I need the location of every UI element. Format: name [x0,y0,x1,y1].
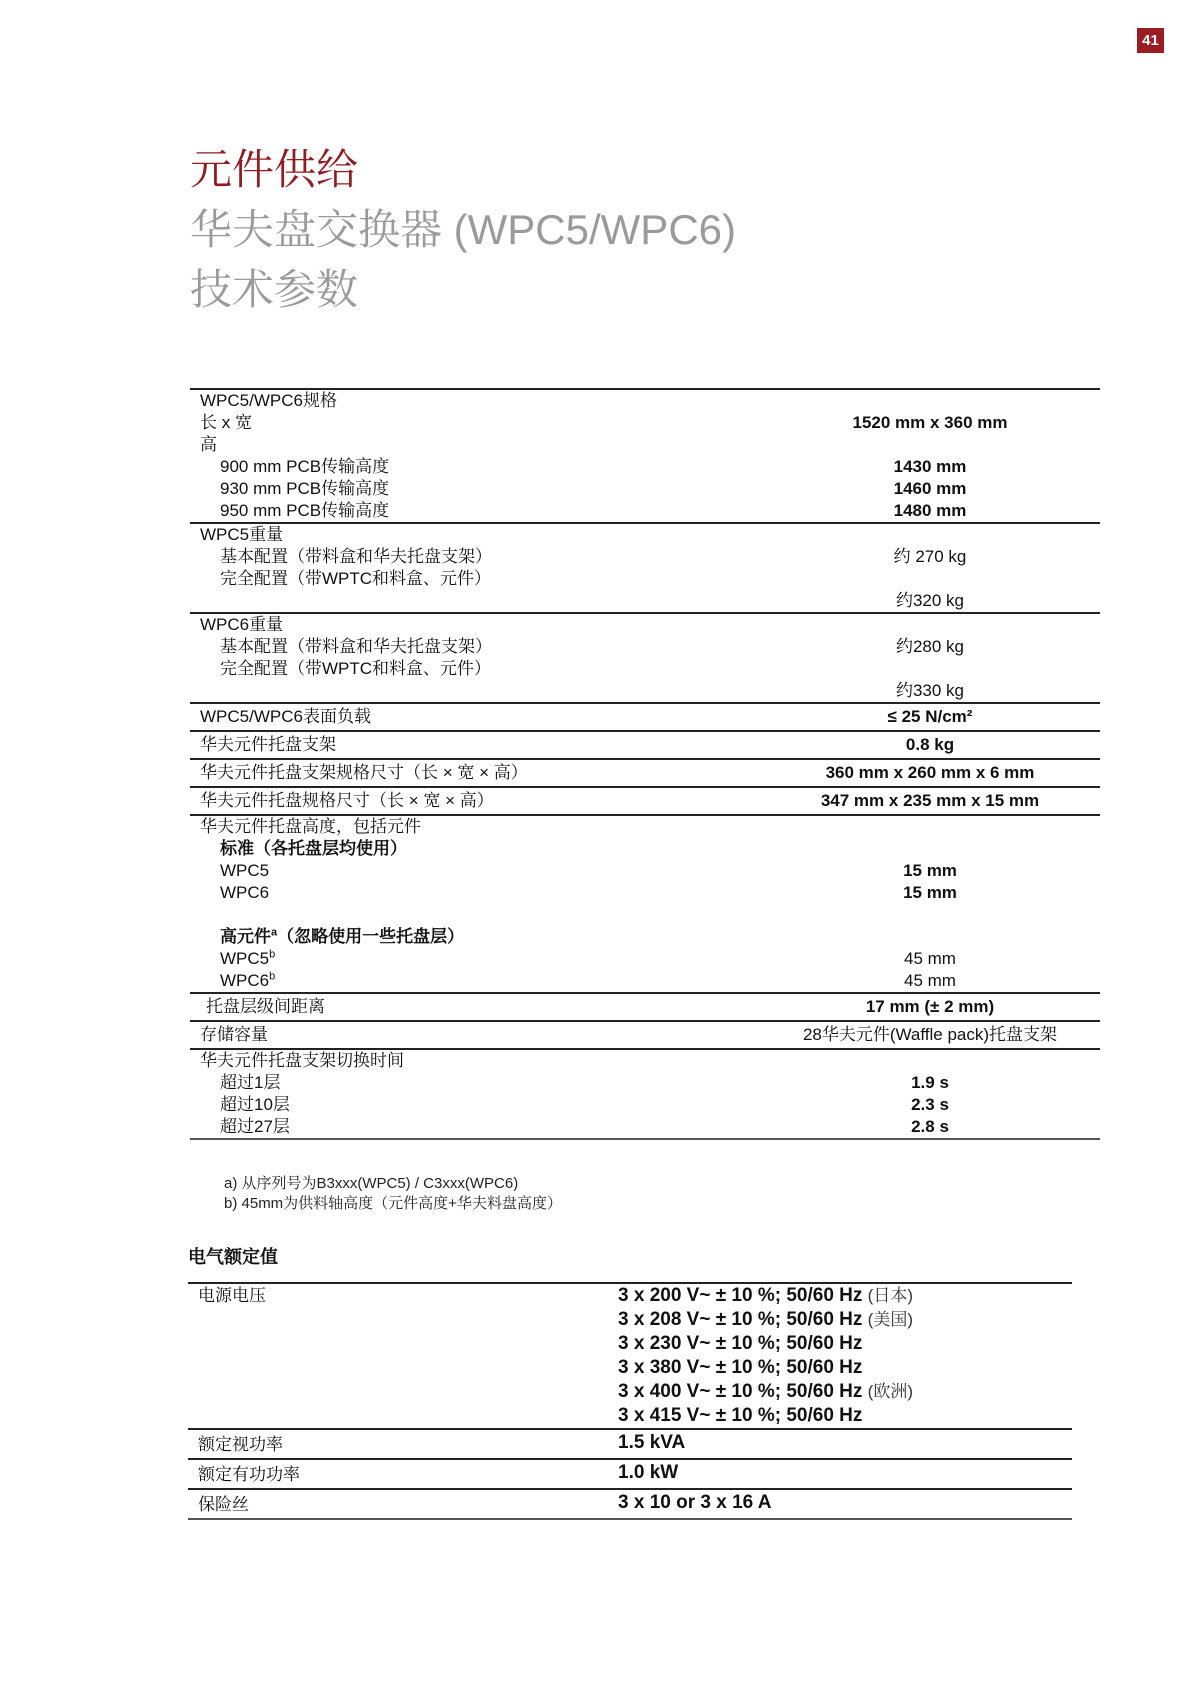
row-value: 1520 mm x 360 mm [760,412,1100,434]
row-label: 存储容量 [200,1022,760,1048]
row-label: WPC6b [200,970,760,992]
row-value: 45 mm [760,948,1100,970]
row-value: 约 270 kg [760,546,1100,568]
row-value: 2.3 s [760,1094,1100,1116]
row-label: 950 mm PCB传输高度 [200,500,760,522]
table-row-fuse: 保险丝 3 x 10 or 3 x 16 A [188,1488,1072,1520]
row-label: 额定视功率 [198,1430,618,1458]
row-value: 约320 kg [760,590,1100,612]
row-value: 3 x 10 or 3 x 16 A [618,1490,1072,1518]
footnote-a: a) 从序列号为B3xxx(WPC5) / C3xxx(WPC6) [224,1174,562,1194]
row-label: WPC6 [200,882,760,904]
row-heading: 华夫元件托盘支架切换时间 [200,1050,760,1072]
table-row-storage: 存储容量 28华夫元件(Waffle pack)托盘支架 [190,1020,1100,1048]
row-value: 1.5 kVA [618,1430,1072,1458]
row-subheading: 标准（各托盘层均使用） [200,838,760,860]
row-value: ≤ 25 N/cm² [760,704,1100,730]
row-value: 15 mm [760,882,1100,904]
row-label: 完全配置（带WPTC和料盒、元件） [200,658,760,680]
row-value: 1480 mm [760,500,1100,522]
row-value: 45 mm [760,970,1100,992]
electrical-table: 电源电压 3 x 200 V~ ± 10 %; 50/60 Hz (日本) 3 … [188,1282,1072,1520]
row-value: 17 mm (± 2 mm) [760,994,1100,1020]
row-label: 托盘层级间距离 [200,994,760,1020]
row-value: 1460 mm [760,478,1100,500]
table-row-apparent-power: 额定视功率 1.5 kVA [188,1428,1072,1458]
row-value: 2.8 s [760,1116,1100,1138]
row-value: 28华夫元件(Waffle pack)托盘支架 [760,1022,1100,1048]
row-value: 0.8 kg [760,732,1100,758]
row-heading: WPC5重量 [200,524,760,546]
table-row-layer-spacing: 托盘层级间距离 17 mm (± 2 mm) [190,992,1100,1020]
row-heading: WPC6重量 [200,614,760,636]
voltage-value: 3 x 415 V~ ± 10 %; 50/60 Hz [618,1404,1072,1428]
row-label: 长 x 宽 [200,412,760,434]
row-value: 360 mm x 260 mm x 6 mm [760,760,1100,786]
table-row-surface-load: WPC5/WPC6表面负载 ≤ 25 N/cm² [190,702,1100,730]
row-label: 超过10层 [200,1094,760,1116]
voltage-value: 3 x 400 V~ ± 10 %; 50/60 Hz (欧洲) [618,1380,1072,1404]
spec-table: WPC5/WPC6规格 长 x 宽 高 900 mm PCB传输高度 930 m… [190,388,1100,1140]
row-label: 基本配置（带料盒和华夫托盘支架） [200,636,760,658]
table-row-supply-voltage: 电源电压 3 x 200 V~ ± 10 %; 50/60 Hz (日本) 3 … [188,1282,1072,1428]
row-value: 约280 kg [760,636,1100,658]
table-row-switch-time: 华夫元件托盘支架切换时间 超过1层 超过10层 超过27层 1.9 s 2.3 … [190,1048,1100,1140]
table-row-tray-dims: 华夫元件托盘规格尺寸（长 × 宽 × 高） 347 mm x 235 mm x … [190,786,1100,814]
row-label: WPC5b [200,948,760,970]
page-subtitle-2: 技术参数 [190,260,736,320]
title-block: 元件供给 华夫盘交换器 (WPC5/WPC6) 技术参数 [190,140,736,320]
section-heading-electrical: 电气额定值 [188,1243,278,1269]
footnote-b: b) 45mm为供料轴高度（元件高度+华夫料盘高度） [224,1194,562,1214]
row-value: 1.9 s [760,1072,1100,1094]
row-value: 约330 kg [760,680,1100,702]
table-row-tray-height: 华夫元件托盘高度，包括元件 标准（各托盘层均使用） WPC5 WPC6 高元件a… [190,814,1100,992]
row-label: 华夫元件托盘支架 [200,732,760,758]
row-label: 完全配置（带WPTC和料盒、元件） [200,568,760,590]
row-label: 电源电压 [198,1284,618,1308]
row-label: 930 mm PCB传输高度 [200,478,760,500]
page-title: 元件供给 [190,140,736,200]
table-row-active-power: 额定有功功率 1.0 kW [188,1458,1072,1488]
row-value: 15 mm [760,860,1100,882]
table-row-tray-holder: 华夫元件托盘支架 0.8 kg [190,730,1100,758]
page-number-badge: 41 [1137,28,1164,53]
row-label: WPC5 [200,860,760,882]
row-label: 华夫元件托盘支架规格尺寸（长 × 宽 × 高） [200,760,760,786]
page-subtitle: 华夫盘交换器 (WPC5/WPC6) [190,200,736,260]
row-label: 超过1层 [200,1072,760,1094]
voltage-value: 3 x 380 V~ ± 10 %; 50/60 Hz [618,1356,1072,1380]
row-value: 1.0 kW [618,1460,1072,1488]
footnotes: a) 从序列号为B3xxx(WPC5) / C3xxx(WPC6) b) 45m… [224,1174,562,1214]
row-value: 1430 mm [760,456,1100,478]
row-label: 超过27层 [200,1116,760,1138]
table-row-dimensions: WPC5/WPC6规格 长 x 宽 高 900 mm PCB传输高度 930 m… [190,388,1100,522]
row-label: 高 [200,434,760,456]
table-row-wpc6-weight: WPC6重量 基本配置（带料盒和华夫托盘支架） 完全配置（带WPTC和料盒、元件… [190,612,1100,702]
row-label: WPC5/WPC6表面负载 [200,704,760,730]
voltage-value: 3 x 230 V~ ± 10 %; 50/60 Hz [618,1332,1072,1356]
row-heading: WPC5/WPC6规格 [200,390,760,412]
voltage-value: 3 x 208 V~ ± 10 %; 50/60 Hz (美国) [618,1308,1072,1332]
row-label: 基本配置（带料盒和华夫托盘支架） [200,546,760,568]
row-label: 900 mm PCB传输高度 [200,456,760,478]
row-label: 华夫元件托盘规格尺寸（长 × 宽 × 高） [200,788,760,814]
row-label: 额定有功功率 [198,1460,618,1488]
table-row-wpc5-weight: WPC5重量 基本配置（带料盒和华夫托盘支架） 完全配置（带WPTC和料盒、元件… [190,522,1100,612]
row-subheading: 高元件a（忽略使用一些托盘层） [200,926,760,948]
row-label: 保险丝 [198,1490,618,1518]
row-value: 347 mm x 235 mm x 15 mm [760,788,1100,814]
voltage-value: 3 x 200 V~ ± 10 %; 50/60 Hz (日本) [618,1284,1072,1308]
table-row-tray-holder-dims: 华夫元件托盘支架规格尺寸（长 × 宽 × 高） 360 mm x 260 mm … [190,758,1100,786]
row-heading: 华夫元件托盘高度，包括元件 [200,816,760,838]
